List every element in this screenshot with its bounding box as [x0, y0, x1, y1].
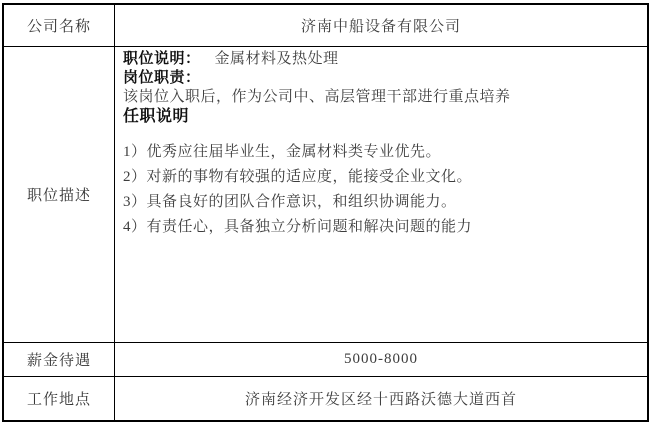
salary-label: 薪金待遇 — [4, 343, 115, 376]
salary-value: 5000-8000 — [115, 343, 647, 376]
requirement-item: 1）优秀应往届毕业生，金属材料类专业优先。 — [123, 140, 637, 165]
position-title-line: 职位说明：金属材料及热处理 — [123, 50, 637, 69]
company-name-label: 公司名称 — [4, 5, 115, 46]
requirements-heading: 任职说明 — [123, 107, 637, 126]
requirement-item: 2）对新的事物有较强的适应度，能接受企业文化。 — [123, 165, 637, 190]
position-title-heading: 职位说明： — [123, 51, 201, 67]
table-row-salary: 薪金待遇 5000-8000 — [4, 342, 647, 376]
requirement-item: 4）有责任心，具备独立分析问题和解决问题的能力 — [123, 215, 637, 240]
work-location-label: 工作地点 — [4, 377, 115, 420]
company-name-value: 济南中船设备有限公司 — [115, 5, 647, 46]
table-row-location: 工作地点 济南经济开发区经十西路沃德大道西首 — [4, 376, 647, 420]
table-row-company: 公司名称 济南中船设备有限公司 — [4, 5, 647, 46]
work-location-value: 济南经济开发区经十西路沃德大道西首 — [115, 377, 647, 420]
table-row-description: 职位描述 职位说明：金属材料及热处理 岗位职责： 该岗位入职后，作为公司中、高层… — [4, 46, 647, 342]
duties-text: 该岗位入职后，作为公司中、高层管理干部进行重点培养 — [123, 88, 637, 107]
duties-heading: 岗位职责： — [123, 69, 637, 88]
job-info-table: 公司名称 济南中船设备有限公司 职位描述 职位说明：金属材料及热处理 岗位职责：… — [2, 3, 649, 422]
requirements-list: 1）优秀应往届毕业生，金属材料类专业优先。 2）对新的事物有较强的适应度，能接受… — [123, 140, 637, 240]
requirement-item: 3）具备良好的团队合作意识，和组织协调能力。 — [123, 190, 637, 215]
position-description-content: 职位说明：金属材料及热处理 岗位职责： 该岗位入职后，作为公司中、高层管理干部进… — [115, 47, 647, 342]
position-title-value: 金属材料及热处理 — [215, 51, 339, 67]
position-description-label: 职位描述 — [4, 47, 115, 342]
